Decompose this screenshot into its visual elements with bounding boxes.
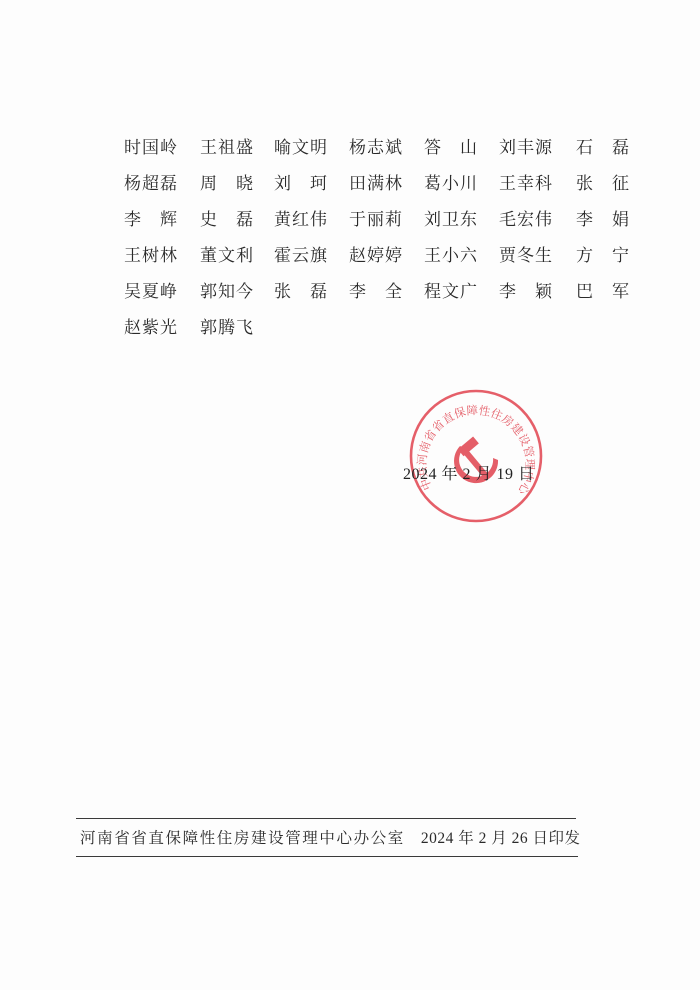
member-name: 张 征 xyxy=(576,172,630,196)
member-name: 葛小川 xyxy=(424,172,478,196)
member-name: 石 磊 xyxy=(576,136,630,160)
footer-divider-top xyxy=(76,818,576,819)
member-name: 刘 珂 xyxy=(274,172,328,196)
member-name: 时国岭 xyxy=(124,136,178,160)
member-name: 杨超磊 xyxy=(124,172,178,196)
member-name: 王祖盛 xyxy=(200,136,254,160)
member-name: 史 磊 xyxy=(200,208,254,232)
member-name: 于丽莉 xyxy=(349,208,403,232)
official-seal-stamp: 中共河南省省直保障性住房建设管理中心委员会 xyxy=(408,388,544,524)
member-name: 赵婷婷 xyxy=(349,244,403,268)
member-name: 赵紫光 xyxy=(124,316,178,340)
member-name: 程文广 xyxy=(424,280,478,304)
member-name: 刘丰源 xyxy=(499,136,553,160)
member-name: 霍云旗 xyxy=(274,244,328,268)
member-name: 李 娟 xyxy=(576,208,630,232)
name-row: 时国岭 王祖盛 喻文明 杨志斌 答 山 刘丰源 石 磊 xyxy=(124,136,644,172)
member-name: 刘卫东 xyxy=(424,208,478,232)
member-name: 王幸科 xyxy=(499,172,553,196)
member-name: 答 山 xyxy=(424,136,478,160)
document-page: 时国岭 王祖盛 喻文明 杨志斌 答 山 刘丰源 石 磊 杨超磊 周 晓 刘 珂 … xyxy=(0,0,700,990)
signature-date: 2024 年 2 月 19 日 xyxy=(403,463,535,487)
footer-divider-bottom xyxy=(76,856,578,857)
member-name: 杨志斌 xyxy=(349,136,403,160)
member-name: 董文利 xyxy=(200,244,254,268)
member-name: 田满林 xyxy=(349,172,403,196)
member-name: 郭知今 xyxy=(200,280,254,304)
member-name: 黄红伟 xyxy=(274,208,328,232)
member-name: 张 磊 xyxy=(274,280,328,304)
member-name: 郭腾飞 xyxy=(200,316,254,340)
member-name-list: 时国岭 王祖盛 喻文明 杨志斌 答 山 刘丰源 石 磊 杨超磊 周 晓 刘 珂 … xyxy=(124,136,644,352)
issuer-name: 河南省省直保障性住房建设管理中心办公室 xyxy=(80,829,405,847)
member-name: 巴 军 xyxy=(576,280,630,304)
issue-date: 2024 年 2 月 26 日印发 xyxy=(421,830,581,847)
member-name: 喻文明 xyxy=(274,136,328,160)
name-row: 杨超磊 周 晓 刘 珂 田满林 葛小川 王幸科 张 征 xyxy=(124,172,644,208)
member-name: 李 全 xyxy=(349,280,403,304)
name-row: 吴夏峥 郭知今 张 磊 李 全 程文广 李 颖 巴 军 xyxy=(124,280,644,316)
member-name: 毛宏伟 xyxy=(499,208,553,232)
member-name: 王树林 xyxy=(124,244,178,268)
member-name: 吴夏峥 xyxy=(124,280,178,304)
issuance-footer: 河南省省直保障性住房建设管理中心办公室2024 年 2 月 26 日印发 xyxy=(80,826,581,851)
member-name: 方 宁 xyxy=(576,244,630,268)
member-name: 李 辉 xyxy=(124,208,178,232)
name-row: 王树林 董文利 霍云旗 赵婷婷 王小六 贾冬生 方 宁 xyxy=(124,244,644,280)
name-row: 赵紫光 郭腾飞 xyxy=(124,316,644,352)
member-name: 王小六 xyxy=(424,244,478,268)
member-name: 贾冬生 xyxy=(499,244,553,268)
name-row: 李 辉 史 磊 黄红伟 于丽莉 刘卫东 毛宏伟 李 娟 xyxy=(124,208,644,244)
member-name: 周 晓 xyxy=(200,172,254,196)
member-name: 李 颖 xyxy=(499,280,553,304)
